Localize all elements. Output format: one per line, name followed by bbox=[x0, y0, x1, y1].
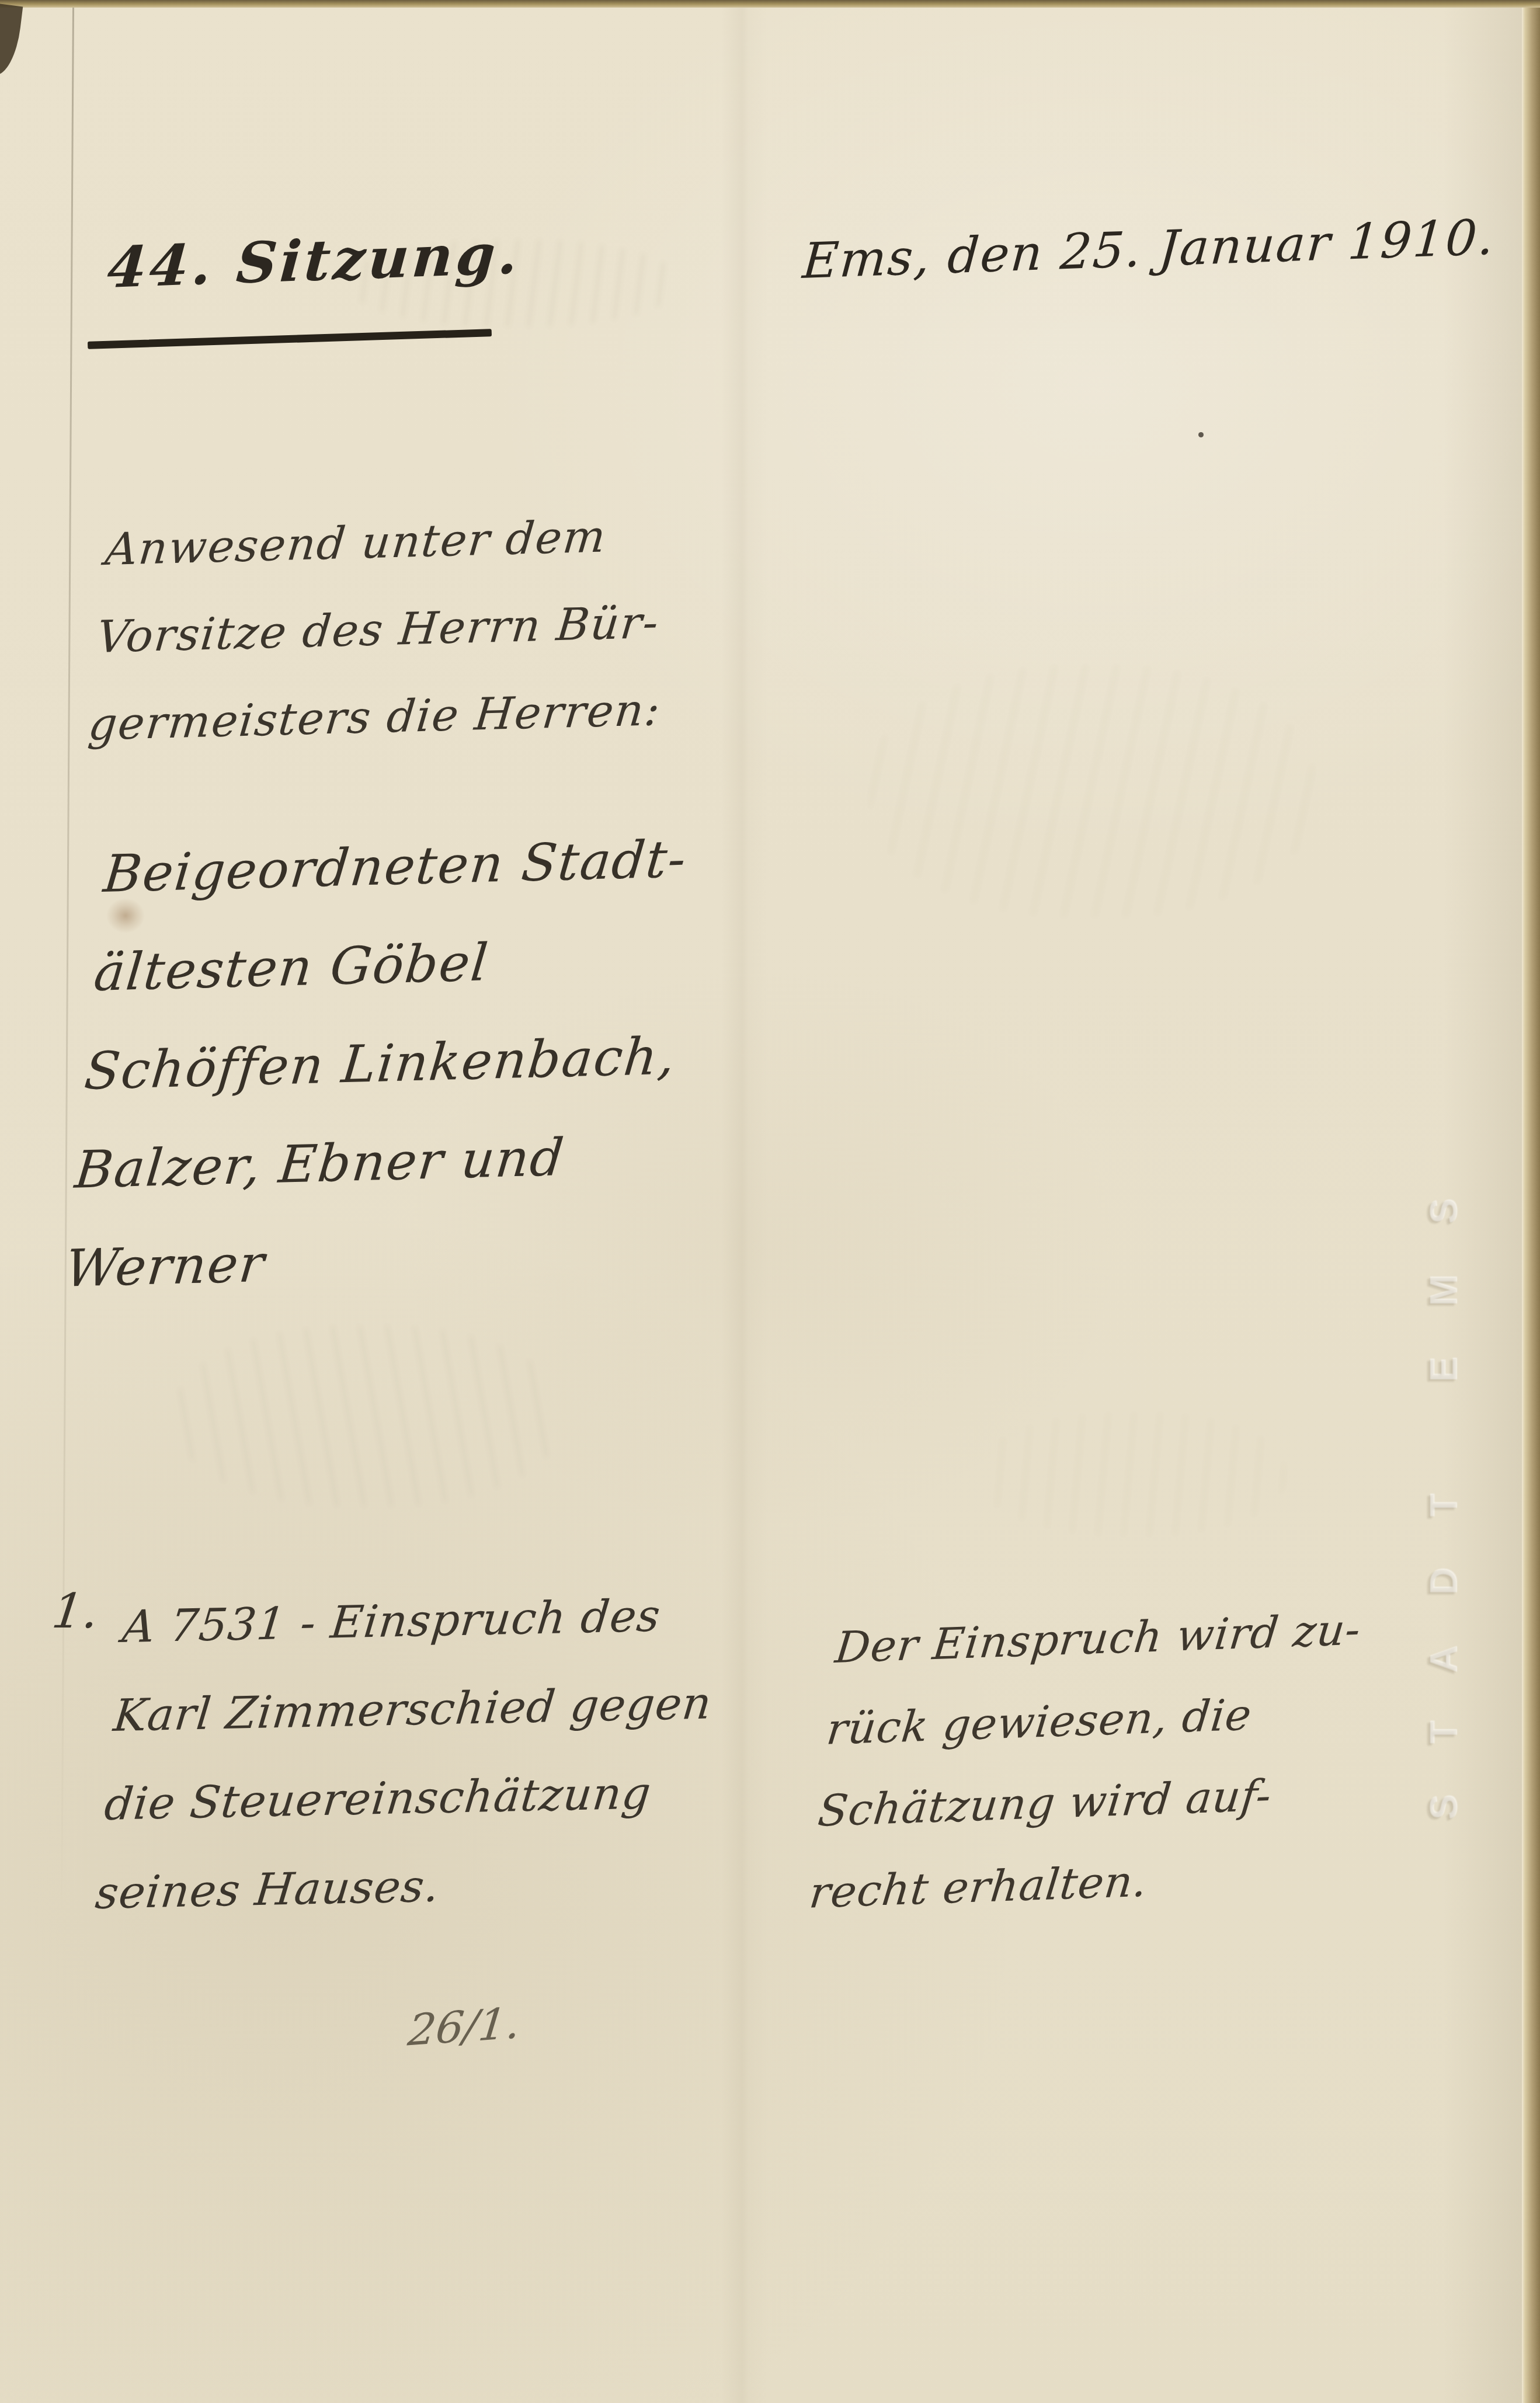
page-top-edge bbox=[0, 0, 1540, 8]
page-right-edge bbox=[1522, 0, 1540, 2403]
center-fold-shading bbox=[721, 0, 768, 2403]
scanned-manuscript-page: STADT EMS 44. Sitzung. Ems, den 25. Janu… bbox=[0, 0, 1540, 2403]
manuscript-line: Balzer, Ebner und bbox=[71, 1105, 671, 1219]
manuscript-line: die Steuereinschätzung bbox=[100, 1748, 707, 1849]
manuscript-line: germeisters die Herren: bbox=[85, 666, 665, 768]
manuscript-line: Beigeordneten Stadt- bbox=[99, 809, 700, 923]
agenda-item-date-note: 26/1. bbox=[406, 1998, 523, 2056]
stadt-ems-embossed-stamp: STADT EMS bbox=[1420, 933, 1465, 1821]
agenda-item-subject: A 7531 - Einspruch des Karl Zimmerschied… bbox=[91, 1570, 725, 1938]
attendance-intro-paragraph: Anwesend unter dem Vorsitze des Herrn Bü… bbox=[85, 491, 682, 768]
manuscript-line: ältesten Göbel bbox=[89, 908, 690, 1022]
manuscript-line: Werner bbox=[61, 1204, 661, 1317]
attendee-name-list: Beigeordneten Stadt- ältesten Göbel Schö… bbox=[61, 809, 700, 1318]
agenda-item-number: 1. bbox=[49, 1584, 102, 1639]
manuscript-line: A 7531 - Einspruch des bbox=[119, 1570, 725, 1671]
agenda-item-decision: Der Einspruch wird zu- rück gewiesen, di… bbox=[805, 1589, 1365, 1934]
manuscript-line: Anwesend unter dem bbox=[102, 491, 682, 593]
ink-speck bbox=[1198, 432, 1204, 437]
manuscript-line: Vorsitze des Herrn Bür- bbox=[93, 578, 673, 681]
manuscript-line: Karl Zimmerschied gegen bbox=[109, 1659, 716, 1760]
manuscript-line: Schöffen Linkenbach, bbox=[80, 1006, 680, 1120]
manuscript-line: seines Hauses. bbox=[91, 1837, 698, 1938]
